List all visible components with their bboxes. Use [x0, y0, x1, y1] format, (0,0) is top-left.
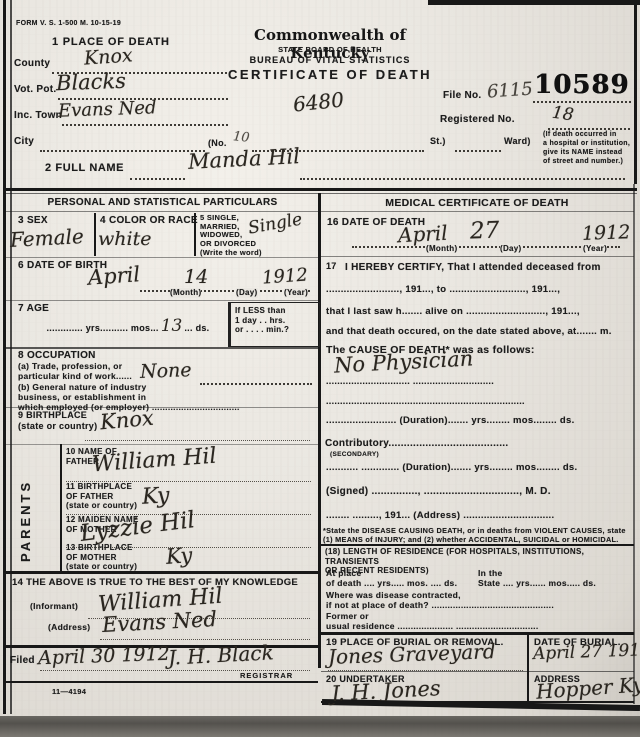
dod-year-value: 1912: [582, 221, 631, 245]
dob-year-caption: (Year): [284, 288, 308, 298]
informant-address-label: (Address): [48, 622, 90, 632]
dod-day-value: 27: [470, 217, 500, 244]
residence-at-place: At place of death .... yrs..... mos. ...…: [326, 568, 457, 588]
age-less-note: If LESS than 1 day . . hrs. or . . . . m…: [235, 306, 289, 335]
precinct-value: Blacks: [56, 69, 127, 95]
column-divider: [318, 193, 321, 668]
burial-place-value: Jones Graveyard: [328, 639, 496, 669]
dob-row-underline: [3, 300, 318, 301]
attestation-statement: 14 THE ABOVE IS TRUE TO THE BEST OF MY K…: [12, 577, 298, 588]
occupation-row-underline: [3, 407, 318, 408]
burial-top-rule: [321, 632, 634, 635]
age-line-suffix: ... ds.: [184, 323, 209, 334]
bureau-line: BUREAU OF VITAL STATISTICS: [222, 55, 438, 66]
inc-town-value: Evans Ned: [58, 97, 157, 121]
left-border-outer: [3, 0, 6, 714]
sex-value: Female: [9, 224, 84, 252]
informant-label: (Informant): [30, 601, 78, 611]
dod-year-caption: (Year): [583, 244, 607, 254]
file-no-dotted-line: [533, 99, 631, 103]
parents-divider: [60, 444, 62, 571]
medical-section-title: MEDICAL CERTIFICATE OF DEATH: [322, 197, 632, 210]
dod-dotted-line: [352, 244, 620, 248]
certify-line-4: and that death occured, on the date stat…: [326, 326, 612, 337]
registered-no-value: 18: [551, 103, 575, 126]
right-border-top: [634, 2, 637, 184]
dod-month-caption: (Month): [426, 244, 457, 254]
residence-contracted: Where was disease contracted, if not at …: [326, 590, 554, 610]
city-no-value: 10: [232, 129, 250, 146]
file-no-label: File No.: [443, 90, 482, 102]
mother-birthplace-value: Ky: [165, 543, 193, 569]
residence-in-state: In the State .... yrs...... mos..... ds.: [478, 568, 596, 588]
right-bottom-rule: [321, 701, 634, 703]
registered-no-label: Registered No.: [440, 114, 515, 126]
city-label: City: [14, 136, 34, 148]
address-dotted-line: [100, 637, 310, 640]
file-no-handwritten: 6115: [486, 78, 533, 102]
age-line: ............. yrs.......... mos... 13 ..…: [30, 316, 226, 336]
age-less-box: If LESS than 1 day . . hrs. or . . . . m…: [228, 302, 320, 347]
burial-divider: [527, 632, 529, 702]
inc-town-label: Inc. Town: [14, 110, 62, 122]
hospital-note: (If death occurred in a hospital or inst…: [543, 130, 630, 166]
cause-dots-2: ........................................…: [326, 396, 525, 407]
certify-number: 17: [326, 261, 337, 272]
color-marital-divider: [194, 213, 196, 256]
father-birthplace-value: Ky: [141, 483, 170, 509]
residence-top-rule: [321, 544, 634, 546]
parents-top-line: [3, 444, 318, 445]
age-line-prefix: ............. yrs.......... mos...: [47, 323, 159, 334]
age-days-value: 13: [161, 316, 183, 336]
precinct-label: Vot. Pot.: [14, 84, 57, 96]
parents-side-label: PARENTS: [18, 458, 34, 562]
dob-month-caption: (Month): [170, 288, 201, 298]
certify-line-2: ........................., 191..., to ..…: [326, 284, 560, 295]
registrar-signature: J. H. Black: [167, 640, 274, 669]
personal-title-underline: [3, 211, 318, 212]
pencil-number: 6480: [292, 87, 345, 116]
occupation-a-label: (a) Trade, profession, or particular kin…: [18, 361, 132, 381]
sex-row-underline: [3, 257, 318, 258]
certify-line-3: that I last saw h....... alive on ......…: [326, 306, 580, 317]
city-dotted-line-1: [40, 148, 205, 152]
informant-address-value: Evans Ned: [101, 607, 217, 637]
age-row-underline: [3, 347, 318, 349]
burial-date-value: April 27 1912.: [533, 640, 640, 664]
occupation-a-value: None: [140, 359, 192, 383]
cause-duration-line: ........................ (Duration).....…: [326, 415, 575, 426]
personal-section-title: PERSONAL AND STATISTICAL PARTICULARS: [10, 197, 315, 209]
dod-day-caption: (Day): [500, 244, 522, 254]
signed-date-address-line: ........ ........., 191... (Address) ...…: [326, 510, 554, 521]
color-race-label: 4 COLOR OR RACE: [100, 215, 198, 227]
undertaker-top-rule: [321, 671, 634, 672]
mother-birthplace-label: 13 BIRTHPLACE OF MOTHER (state or countr…: [66, 543, 137, 572]
dob-month-value: April: [87, 262, 141, 290]
full-name-value: Manda Hil: [187, 144, 300, 174]
city-dotted-line-3: [455, 148, 501, 152]
birthplace-value: Knox: [99, 406, 155, 435]
bottom-scan-band: [0, 716, 640, 737]
full-name-label: 2 FULL NAME: [45, 162, 124, 175]
left-border-inner: [10, 0, 12, 714]
contributory-label: Contributory............................…: [325, 438, 508, 450]
city-st-label: St.): [430, 136, 446, 147]
age-label: 7 AGE: [18, 303, 49, 315]
secondary-caption: (SECONDARY): [330, 451, 379, 459]
color-race-value: white: [98, 228, 151, 250]
birthplace-dotted-line: [85, 438, 310, 441]
form-code: FORM V. S. 1-500 M. 10-15-19: [16, 20, 121, 28]
medical-title-underline: [321, 211, 634, 212]
sex-color-divider: [94, 213, 96, 256]
dod-row-underline: [321, 256, 634, 257]
father-birthplace-label: 11 BIRTHPLACE OF FATHER (state or countr…: [66, 482, 137, 511]
city-ward-label: Ward): [504, 136, 531, 147]
filed-date-value: April 30 1912: [38, 643, 170, 670]
county-value: Knox: [83, 44, 133, 69]
full-name-dotted-line-2: [300, 176, 625, 180]
cause-footnote: *State the DISEASE CAUSING DEATH, or in …: [323, 526, 626, 544]
registrar-label: REGISTRAR: [240, 671, 293, 680]
cause-dots-1: .............................. .........…: [326, 376, 494, 387]
residence-former: Former or usual residence ..............…: [326, 611, 538, 631]
county-label: County: [14, 58, 50, 70]
left-bottom-rule: [3, 681, 318, 683]
file-no-stamp: 10589: [534, 70, 629, 100]
plate-code: 11—4194: [52, 687, 86, 696]
signed-line: (Signed) ..............., ..............…: [326, 486, 551, 498]
dob-year-value: 1912: [261, 264, 308, 288]
inc-town-dotted-line: [62, 122, 228, 126]
certify-line-1: I HEREBY CERTIFY, That I attended deceas…: [345, 262, 601, 274]
top-right-edge-bar: [428, 0, 640, 5]
contributory-duration-line: ........... ............. (Duration)....…: [326, 462, 577, 473]
dob-day-value: 14: [184, 266, 208, 288]
state-board-line: STATE BOARD OF HEALTH: [222, 45, 438, 54]
birthplace-label: 9 BIRTHPLACE (state or country): [18, 410, 97, 432]
right-border: [633, 184, 635, 704]
attestation-top-rule: [3, 571, 318, 574]
header-rule-thick: [3, 188, 637, 191]
certificate-title: CERTIFICATE OF DEATH: [222, 67, 438, 83]
dob-day-caption: (Day): [236, 288, 258, 298]
death-certificate-scan: FORM V. S. 1-500 M. 10-15-19 1 PLACE OF …: [0, 0, 640, 737]
filed-label: Filed: [10, 655, 35, 667]
full-name-dotted-line-1: [130, 176, 185, 180]
